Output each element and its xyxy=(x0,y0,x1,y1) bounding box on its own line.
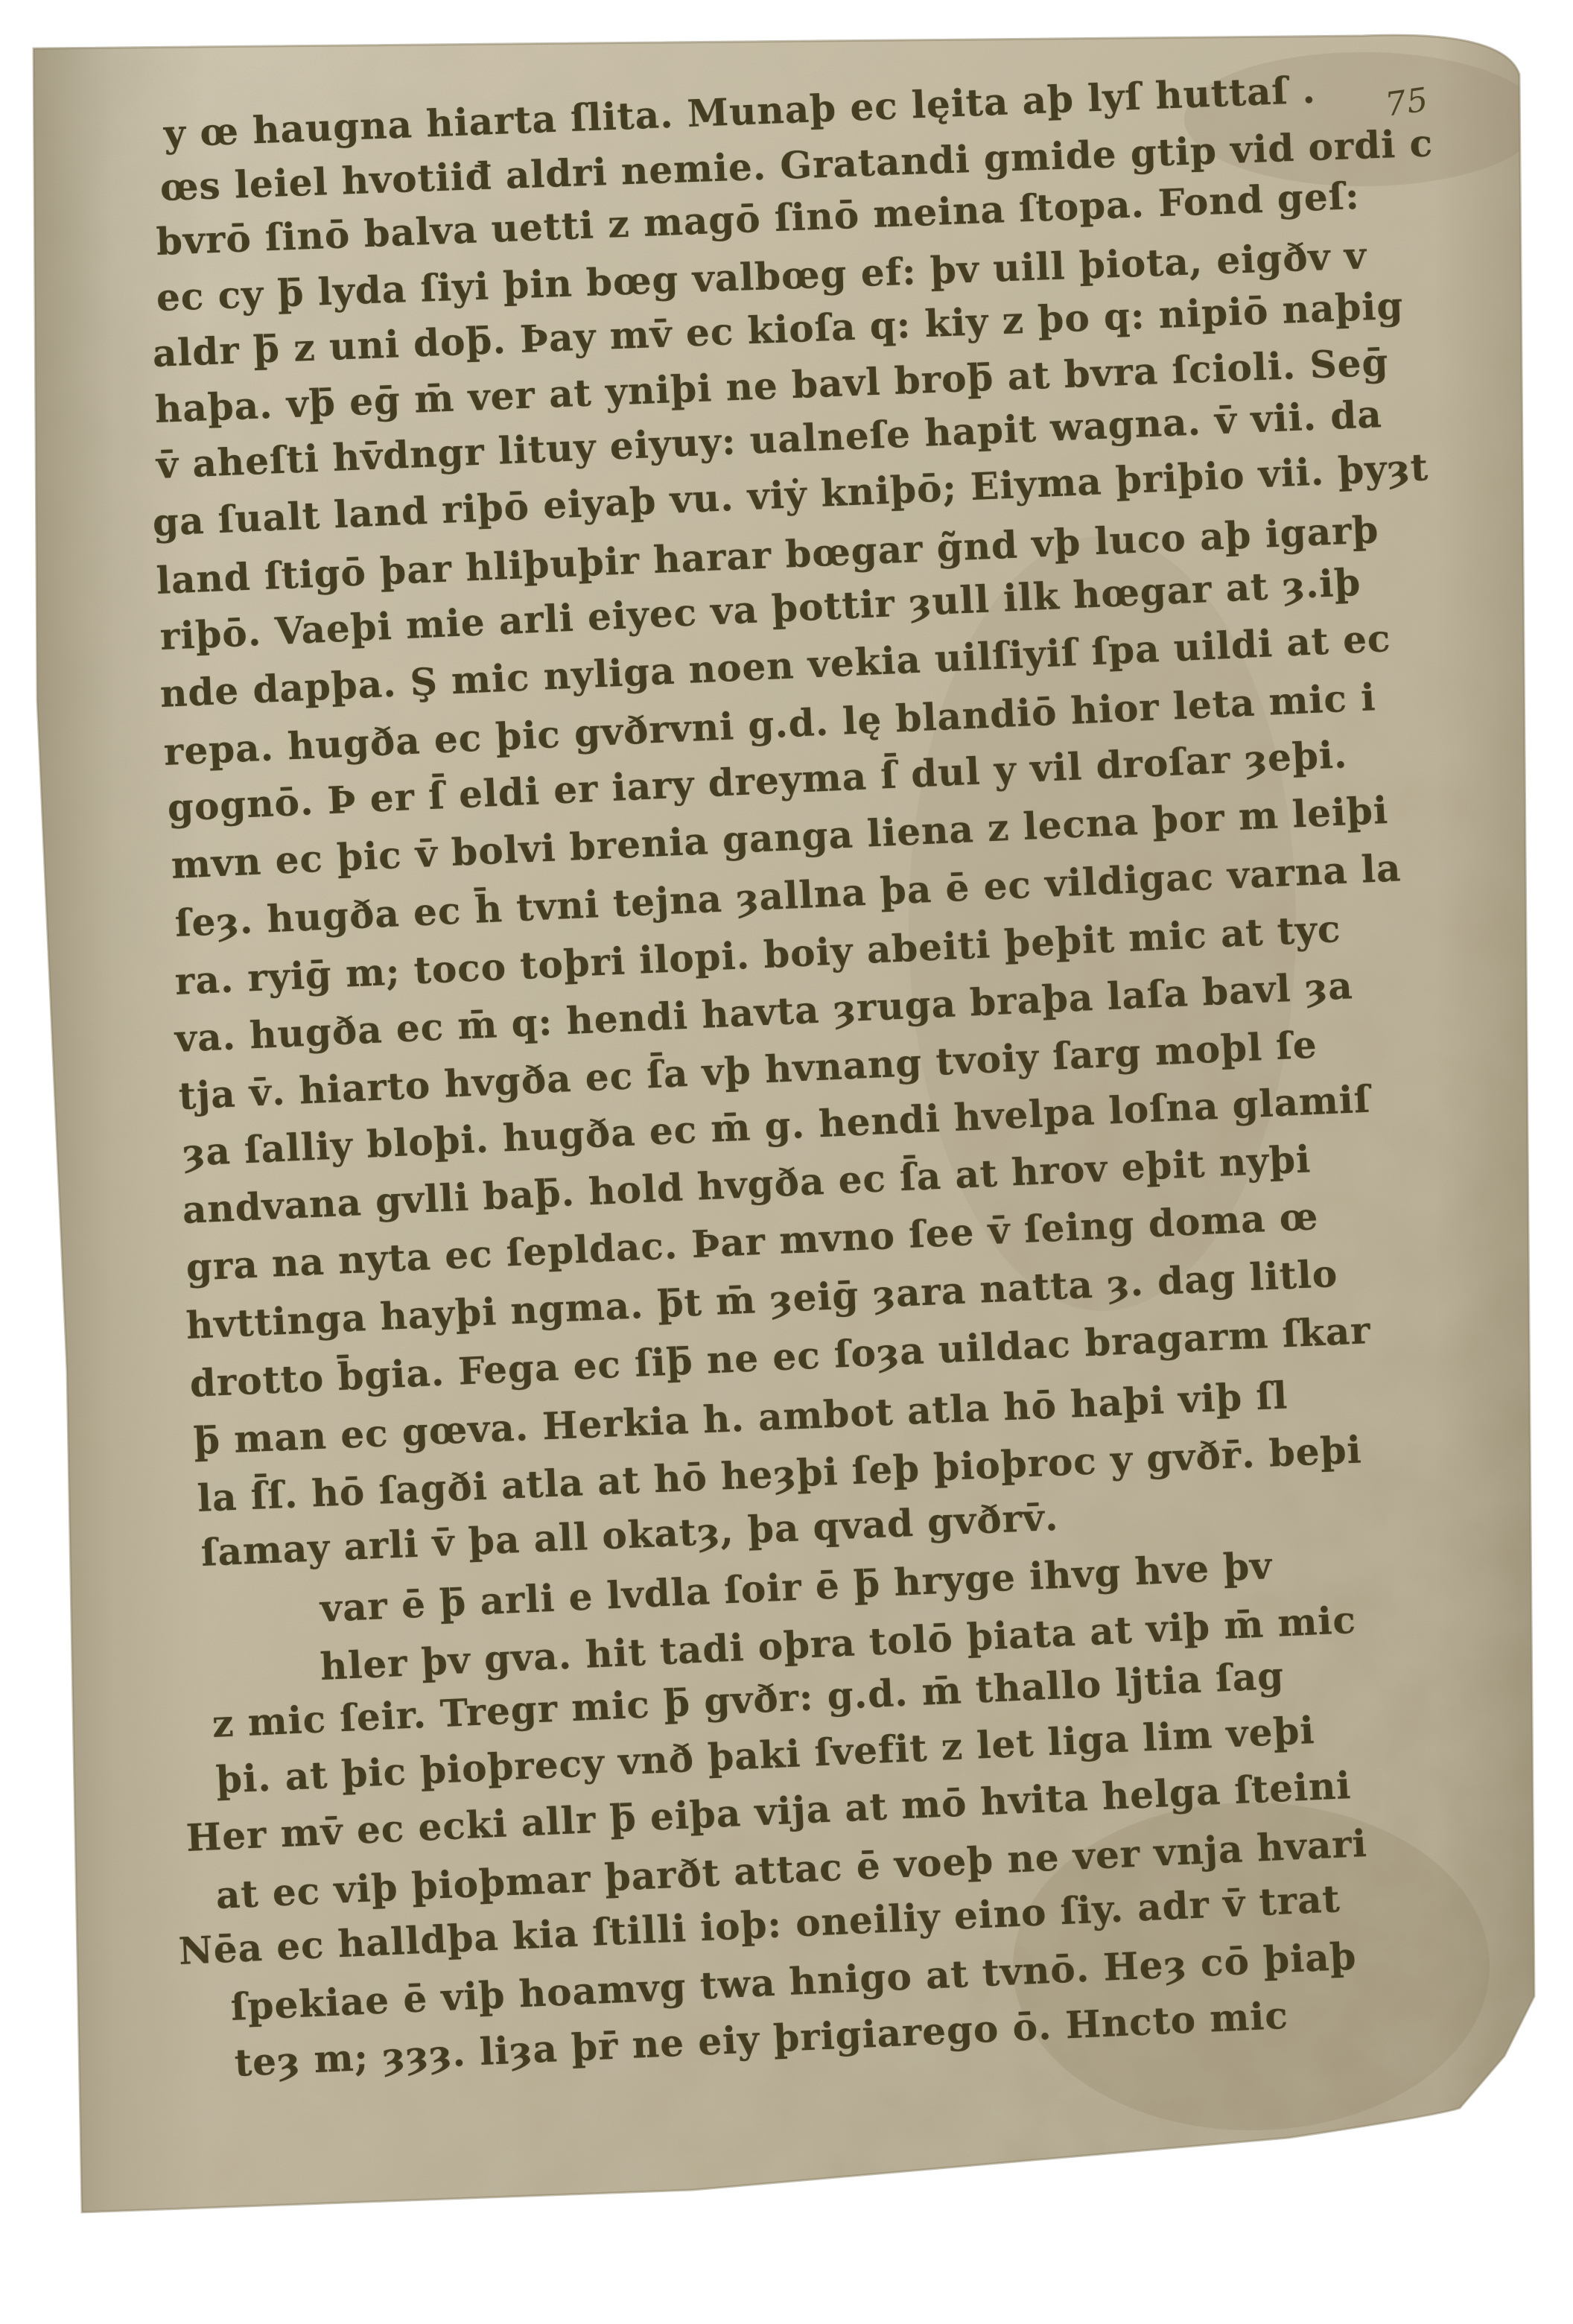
manuscript-text-block: y œ haugna hiarta ſlita. Munaþ ec lęita … xyxy=(22,30,1542,2264)
manuscript-leaf: 75 y œ haugna hiarta ſlita. Munaþ ec lęi… xyxy=(22,30,1542,2264)
